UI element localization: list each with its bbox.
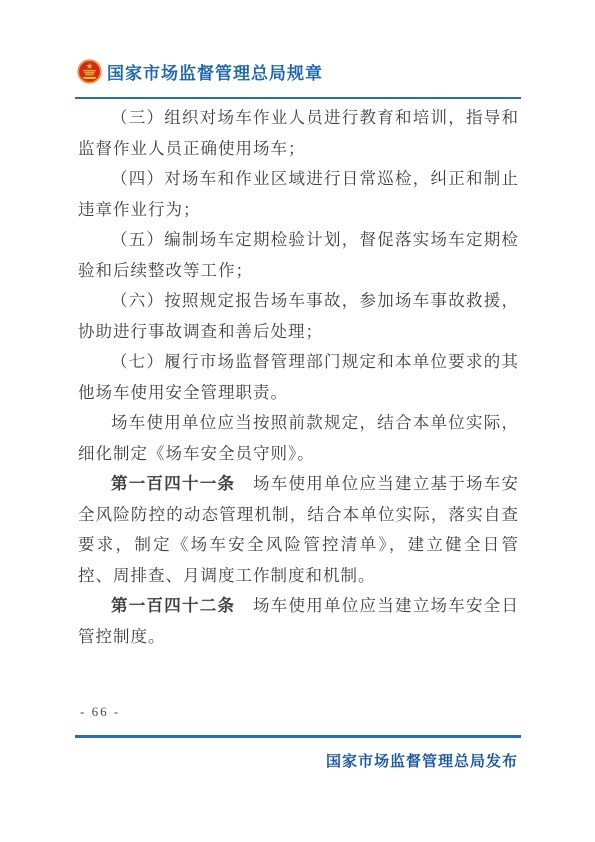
page-header: 国家市场监督管理总局规章 [77, 59, 323, 84]
body-paragraph: 第一百四十一条 场车使用单位应当建立基于场车安全风险防控的动态管理机制，结合本单… [78, 469, 519, 591]
body-paragraph: （四）对场车和作业区域进行日常巡检，纠正和制止违章作业行为； [78, 164, 519, 225]
body-paragraph: 场车使用单位应当按照前款规定，结合本单位实际，细化制定《场车安全员守则》。 [78, 408, 519, 469]
body-paragraph: （六）按照规定报告场车事故，参加场车事故救援，协助进行事故调查和善后处理； [78, 286, 519, 347]
header-divider [75, 97, 521, 99]
document-category-title: 国家市场监督管理总局规章 [107, 59, 323, 84]
publisher-label: 国家市场监督管理总局发布 [326, 750, 518, 771]
body-paragraph: （七）履行市场监督管理部门规定和本单位要求的其他场车使用安全管理职责。 [78, 347, 519, 408]
body-paragraph: 第一百四十二条 场车使用单位应当建立场车安全日管控制度。 [78, 591, 519, 652]
paragraph-text: （三）组织对场车作业人员进行教育和培训，指导和监督作业人员正确使用场车； [78, 108, 519, 158]
china-national-emblem-icon [77, 59, 102, 84]
paragraph-text: （四）对场车和作业区域进行日常巡检，纠正和制止违章作业行为； [78, 169, 519, 219]
body-paragraph: （五）编制场车定期检验计划，督促落实场车定期检验和后续整改等工作； [78, 225, 519, 286]
footer-divider [75, 735, 521, 738]
document-body: （三）组织对场车作业人员进行教育和培训，指导和监督作业人员正确使用场车；（四）对… [78, 103, 519, 652]
body-paragraph: （三）组织对场车作业人员进行教育和培训，指导和监督作业人员正确使用场车； [78, 103, 519, 164]
article-number: 第一百四十一条 [111, 474, 235, 493]
paragraph-text: （六）按照规定报告场车事故，参加场车事故救援，协助进行事故调查和善后处理； [78, 291, 519, 341]
paragraph-text: （七）履行市场监督管理部门规定和本单位要求的其他场车使用安全管理职责。 [78, 352, 519, 402]
paragraph-text: 场车使用单位应当按照前款规定，结合本单位实际，细化制定《场车安全员守则》。 [78, 413, 519, 463]
paragraph-text: （五）编制场车定期检验计划，督促落实场车定期检验和后续整改等工作； [78, 230, 519, 280]
article-number: 第一百四十二条 [111, 596, 235, 615]
page-number: - 66 - [80, 704, 120, 720]
document-page: 国家市场监督管理总局规章 （三）组织对场车作业人员进行教育和培训，指导和监督作业… [0, 0, 595, 842]
